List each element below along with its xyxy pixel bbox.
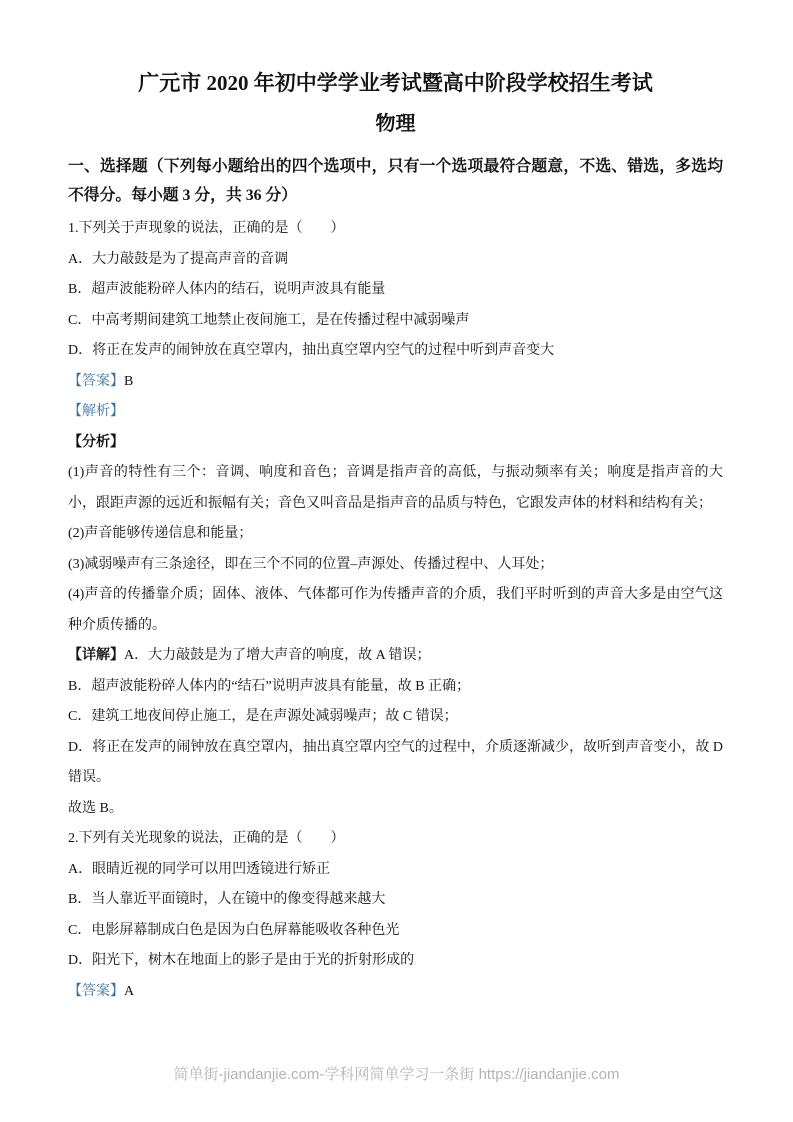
q1-detail-a-text: A．大力敲鼓是为了增大声音的响度，故 A 错误； [124,648,430,663]
q1-conclusion: 故选 B。 [68,794,723,825]
answer-label: 【答案】 [68,374,124,389]
q2-stem: 2.下列有关光现象的说法，正确的是（ ） [68,824,723,855]
xiangjie-label: 【详解】 [68,648,124,663]
q1-detail-b: B．超声波能粉碎人体内的“结石”说明声波具有能量，故 B 正确； [68,672,723,703]
q1-analysis-1: (1)声音的特性有三个：音调、响度和音色；音调是指声音的高低，与振动频率有关；响… [68,458,723,519]
q1-detail-d: D．将正在发声的闹钟放在真空罩内，抽出真空罩内空气的过程中，介质逐渐减少，故听到… [68,733,723,794]
q2-option-a: A．眼睛近视的同学可以用凹透镜进行矫正 [68,855,723,886]
q1-option-c: C．中高考期间建筑工地禁止夜间施工，是在传播过程中减弱噪声 [68,306,723,337]
page-footer: 简单街-jiandanjie.com-学科网简单学习一条街 https://ji… [0,1066,793,1084]
q1-analysis-2: (2)声音能够传递信息和能量； [68,519,723,550]
q2-option-b: B．当人靠近平面镜时，人在镜中的像变得越来越大 [68,885,723,916]
answer-label: 【答案】 [68,984,124,999]
q1-answer-value: B [124,374,133,389]
q1-detail-a: 【详解】A．大力敲鼓是为了增大声音的响度，故 A 错误； [68,641,723,672]
q1-fenxi-line: 【分析】 [68,428,723,459]
q1-option-b: B．超声波能粉碎人体内的结石，说明声波具有能量 [68,275,723,306]
section-header: 一、选择题（下列每小题给出的四个选项中，只有一个选项最符合题意，不选、错选，多选… [68,152,723,210]
exam-title: 广元市 2020 年初中学学业考试暨高中阶段学校招生考试 [68,68,723,98]
q1-stem: 1.下列关于声现象的说法，正确的是（ ） [68,214,723,245]
jiexi-label: 【解析】 [68,404,124,419]
q1-option-d: D．将正在发声的闹钟放在真空罩内，抽出真空罩内空气的过程中听到声音变大 [68,336,723,367]
q2-answer-line: 【答案】A [68,977,723,1008]
q1-jiexi-line: 【解析】 [68,397,723,428]
q2-answer-value: A [124,984,134,999]
q2-option-c: C．电影屏幕制成白色是因为白色屏幕能吸收各种色光 [68,916,723,947]
q1-analysis-3: (3)减弱噪声有三条途径，即在三个不同的位置–声源处、传播过程中、人耳处； [68,550,723,581]
q1-analysis-4: (4)声音的传播靠介质；固体、液体、气体都可作为传播声音的介质，我们平时听到的声… [68,580,723,641]
q2-option-d: D．阳光下，树木在地面上的影子是由于光的折射形成的 [68,946,723,977]
q1-detail-c: C．建筑工地夜间停止施工，是在声源处减弱噪声；故 C 错误； [68,702,723,733]
exam-subject: 物理 [68,110,723,138]
q1-option-a: A．大力敲鼓是为了提高声音的音调 [68,245,723,276]
exam-document-page: 广元市 2020 年初中学学业考试暨高中阶段学校招生考试 物理 一、选择题（下列… [0,0,793,1122]
q1-answer-line: 【答案】B [68,367,723,398]
